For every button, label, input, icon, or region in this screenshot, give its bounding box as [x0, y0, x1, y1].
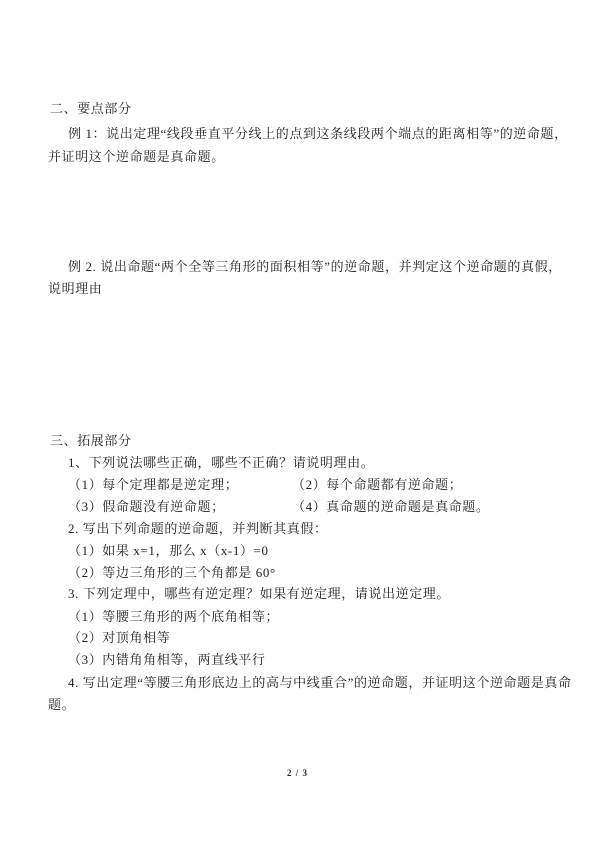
- question1-option-3: （3）假命题没有逆命题；: [68, 499, 225, 515]
- question1-option-1: （1）每个定理都是逆定理；: [68, 477, 238, 493]
- example2-text-line2: 说明理由: [48, 281, 102, 297]
- question1-stem: 1、下列说法哪些正确，哪些不正确？请说明理由。: [68, 455, 374, 471]
- example1-text-line2: 并证明这个逆命题是真命题。: [48, 149, 225, 165]
- section-heading-key-points: 二、要点部分: [50, 101, 132, 117]
- question2-item-1: （1）如果 x=1，那么 x（x-1）=0: [68, 543, 269, 559]
- example2-text-line1: 例 2. 说出命题“两个全等三角形的面积相等”的逆命题，并判定这个逆命题的真假，: [68, 259, 562, 275]
- example1-text-line1: 例 1：说出定理“线段垂直平分线上的点到这条线段两个端点的距离相等”的逆命题，: [68, 126, 568, 142]
- question3-item-2: （2）对顶角相等: [68, 630, 170, 646]
- question1-option-4: （4）真命题的逆命题是真命题。: [292, 499, 490, 515]
- question3-stem: 3. 下列定理中，哪些有逆定理？如果有逆定理，请说出逆定理。: [68, 586, 450, 602]
- question3-item-3: （3）内错角角相等，两直线平行: [68, 652, 266, 668]
- question2-item-2: （2）等边三角形的三个角都是 60°: [68, 565, 276, 581]
- question4-text-line2: 题。: [48, 697, 75, 713]
- worksheet-page: 二、要点部分 例 1：说出定理“线段垂直平分线上的点到这条线段两个端点的距离相等…: [0, 0, 595, 841]
- question4-text-line1: 4. 写出定理“等腰三角形底边上的高与中线重合”的逆命题，并证明这个逆命题是真命: [68, 675, 572, 691]
- question2-stem: 2. 写出下列命题的逆命题，并判断其真假：: [68, 521, 328, 537]
- question3-item-1: （1）等腰三角形的两个底角相等；: [68, 609, 279, 625]
- question1-option-2: （2）每个命题都有逆命题；: [292, 477, 462, 493]
- section-heading-extension: 三、拓展部分: [50, 433, 132, 449]
- page-number: 2 / 3: [0, 768, 595, 778]
